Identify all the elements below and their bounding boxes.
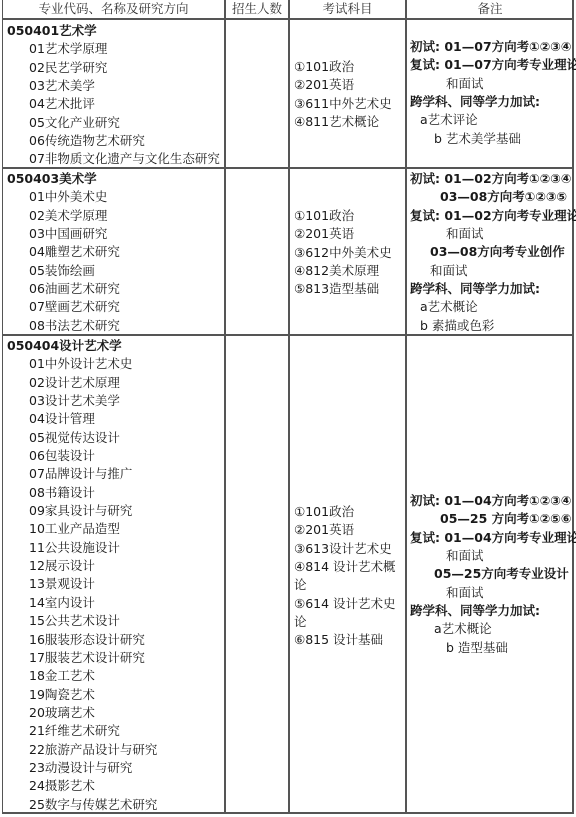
remark-line: 03—08方向考专业创作	[410, 243, 575, 261]
direction-item: 16服装形态设计研究	[3, 631, 224, 649]
exam-subject: ①101政治	[294, 503, 404, 521]
direction-item: 05视觉传达设计	[3, 429, 224, 447]
direction-item: 24摄影艺术	[3, 777, 224, 795]
remark-line: 复试: 01—04方向考专业理论	[410, 529, 575, 547]
direction-item: 10工业产品造型	[3, 520, 224, 538]
exam-subject: 论	[294, 613, 404, 631]
header-major-code-name: 专业代码、名称及研究方向	[3, 0, 224, 18]
direction-item: 12展示设计	[3, 557, 224, 575]
direction-item: 06传统造物艺术研究	[3, 132, 224, 150]
direction-item: 01中外设计艺术史	[3, 355, 224, 373]
direction-item: 05装饰绘画	[3, 262, 224, 280]
section-1-remarks: 初试: 01—07方向考①②③④ 复试: 01—07方向考专业理论 和面试 跨学…	[410, 38, 575, 148]
remark-line: b 造型基础	[410, 639, 575, 657]
header-enrollment: 招生人数	[226, 0, 288, 18]
remark-line: 和面试	[410, 225, 575, 243]
direction-item: 04艺术批评	[3, 95, 224, 113]
direction-item: 08书法艺术研究	[3, 317, 224, 335]
direction-item: 02民艺学研究	[3, 59, 224, 77]
direction-item: 17服装艺术设计研究	[3, 649, 224, 667]
major-code-name: 050404设计艺术学	[3, 337, 224, 355]
remark-line: b 素描或色彩	[410, 317, 575, 335]
direction-item: 08书籍设计	[3, 484, 224, 502]
direction-item: 15公共艺术设计	[3, 612, 224, 630]
exam-subject: ④814 设计艺术概	[294, 558, 404, 576]
column-divider	[405, 0, 407, 812]
direction-item: 25数字与传媒艺术研究	[3, 796, 224, 814]
remark-line: 05—25 方向考①②⑤⑥	[410, 510, 575, 528]
remark-line: 初试: 01—02方向考①②③④	[410, 170, 575, 188]
direction-item: 06包装设计	[3, 447, 224, 465]
remark-line: a艺术概论	[410, 298, 575, 316]
direction-item: 09家具设计与研究	[3, 502, 224, 520]
direction-item: 14室内设计	[3, 594, 224, 612]
exam-subject: ④811艺术概论	[294, 113, 404, 131]
direction-item: 07品牌设计与推广	[3, 465, 224, 483]
direction-item: 13景观设计	[3, 575, 224, 593]
remark-line: 复试: 01—07方向考专业理论	[410, 56, 575, 74]
exam-subject: ②201英语	[294, 521, 404, 539]
header-remarks: 备注	[407, 0, 573, 18]
remark-line: 和面试	[410, 262, 575, 280]
admissions-table: 专业代码、名称及研究方向 招生人数 考试科目 备注 050401艺术学 01艺术…	[2, 0, 574, 814]
direction-item: 20玻璃艺术	[3, 704, 224, 722]
direction-item: 04雕塑艺术研究	[3, 243, 224, 261]
direction-item: 03设计艺术美学	[3, 392, 224, 410]
column-divider	[288, 0, 290, 812]
direction-item: 19陶瓷艺术	[3, 686, 224, 704]
exam-subject: ③611中外艺术史	[294, 95, 404, 113]
remark-line: 和面试	[410, 547, 575, 565]
exam-subject: ②201英语	[294, 76, 404, 94]
direction-item: 03中国画研究	[3, 225, 224, 243]
direction-item: 01艺术学原理	[3, 40, 224, 58]
direction-item: 03艺术美学	[3, 77, 224, 95]
column-divider	[224, 0, 226, 812]
direction-item: 04设计管理	[3, 410, 224, 428]
direction-item: 18金工艺术	[3, 667, 224, 685]
section-1-exams: ①101政治 ②201英语 ③611中外艺术史 ④811艺术概论	[294, 58, 404, 131]
exam-subject: ⑤813造型基础	[294, 280, 404, 298]
section-2-remarks: 初试: 01—02方向考①②③④ 03—08方向考①②③⑤ 复试: 01—02方…	[410, 170, 575, 335]
direction-item: 21纤维艺术研究	[3, 722, 224, 740]
direction-item: 11公共设施设计	[3, 539, 224, 557]
section-3-directions: 050404设计艺术学 01中外设计艺术史 02设计艺术原理 03设计艺术美学 …	[3, 337, 224, 814]
direction-item: 05文化产业研究	[3, 114, 224, 132]
remark-line: 跨学科、同等学力加试:	[410, 93, 575, 111]
remark-line: 初试: 01—04方向考①②③④	[410, 492, 575, 510]
remark-line: 初试: 01—07方向考①②③④	[410, 38, 575, 56]
exam-subject: ⑥815 设计基础	[294, 631, 404, 649]
remark-line: 05—25方向考专业设计	[410, 565, 575, 583]
section-3-exams: ①101政治 ②201英语 ③613设计艺术史 ④814 设计艺术概 论 ⑤61…	[294, 503, 404, 650]
direction-item: 02美术学原理	[3, 207, 224, 225]
exam-subject: ⑤614 设计艺术史	[294, 595, 404, 613]
direction-item: 02设计艺术原理	[3, 374, 224, 392]
remark-line: 复试: 01—02方向考专业理论	[410, 207, 575, 225]
exam-subject: ①101政治	[294, 58, 404, 76]
remark-line: 03—08方向考①②③⑤	[410, 188, 575, 206]
major-code-name: 050403美术学	[3, 170, 224, 188]
direction-item: 07壁画艺术研究	[3, 298, 224, 316]
direction-item: 07非物质文化遗产与文化生态研究	[3, 150, 224, 168]
exam-subject: ②201英语	[294, 225, 404, 243]
remark-line: 和面试	[410, 584, 575, 602]
section-3-remarks: 初试: 01—04方向考①②③④ 05—25 方向考①②⑤⑥ 复试: 01—04…	[410, 492, 575, 657]
remark-line: 跨学科、同等学力加试:	[410, 602, 575, 620]
section-1-directions: 050401艺术学 01艺术学原理 02民艺学研究 03艺术美学 04艺术批评 …	[3, 22, 224, 169]
remark-line: 和面试	[410, 75, 575, 93]
section-2-directions: 050403美术学 01中外美术史 02美术学原理 03中国画研究 04雕塑艺术…	[3, 170, 224, 335]
row-divider	[3, 18, 572, 20]
remark-line: a艺术概论	[410, 620, 575, 638]
exam-subject: ④812美术原理	[294, 262, 404, 280]
direction-item: 01中外美术史	[3, 188, 224, 206]
direction-item: 06油画艺术研究	[3, 280, 224, 298]
exam-subject: 论	[294, 576, 404, 594]
header-exam-subjects: 考试科目	[290, 0, 405, 18]
major-code-name: 050401艺术学	[3, 22, 224, 40]
direction-item: 22旅游产品设计与研究	[3, 741, 224, 759]
section-2-exams: ①101政治 ②201英语 ③612中外美术史 ④812美术原理 ⑤813造型基…	[294, 207, 404, 299]
exam-subject: ①101政治	[294, 207, 404, 225]
remark-line: 跨学科、同等学力加试:	[410, 280, 575, 298]
remark-line: a艺术评论	[410, 111, 575, 129]
exam-subject: ③613设计艺术史	[294, 540, 404, 558]
exam-subject: ③612中外美术史	[294, 244, 404, 262]
remark-line: b 艺术美学基础	[410, 130, 575, 148]
direction-item: 23动漫设计与研究	[3, 759, 224, 777]
